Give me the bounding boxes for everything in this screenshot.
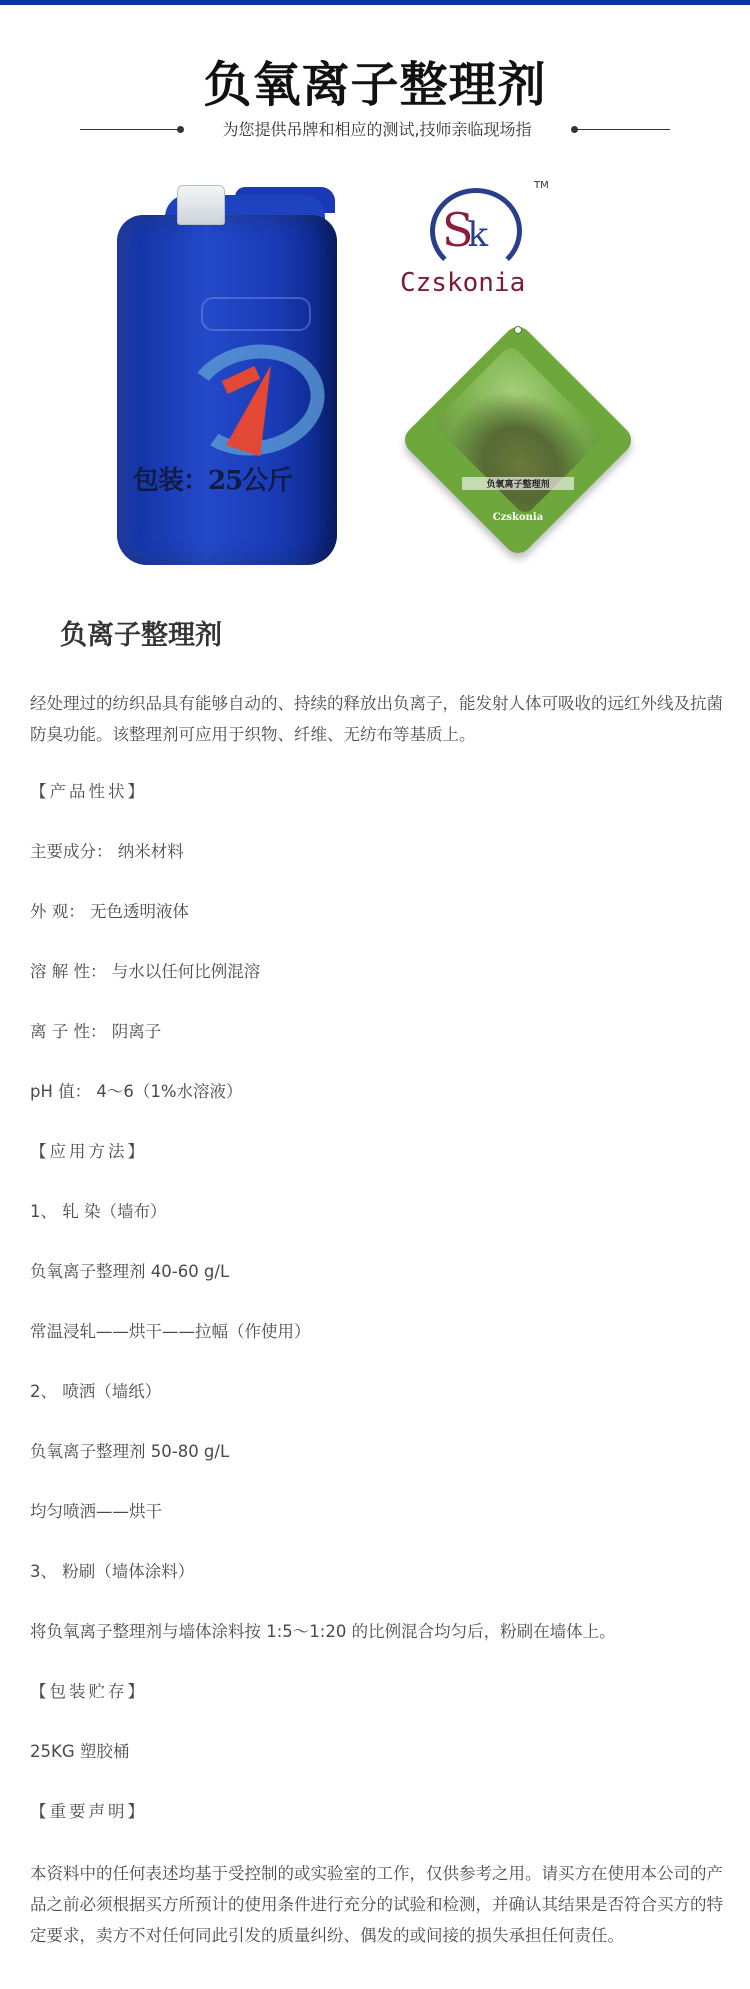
tag-hole-icon [514,326,522,334]
product-name-heading: 负离子整理剂 [60,618,222,654]
hang-tag-image: 负氧离子整理剂 Czskonia [400,322,636,558]
can-package-label: 包装：25公斤 [133,460,333,497]
can-emboss [201,297,311,331]
can-cap [177,185,225,225]
tag-caption: 负氧离子整理剂 [462,477,574,490]
application-item: 1、 轧 染（墙布） [30,1200,167,1224]
property-item: 离 子 性： 阴离子 [30,1020,161,1044]
subtitle-divider: 为您提供吊牌和相应的测试,技师亲临现场指 [80,118,670,142]
top-accent-bar [0,0,750,5]
divider-line-left [80,129,180,130]
disclaimer-heading: 【重要声明】 [30,1800,147,1824]
trademark-mark: TM [534,180,549,191]
property-item: 溶 解 性： 与水以任何比例混溶 [30,960,260,984]
application-item: 负氧离子整理剂 50-80 g/L [30,1440,229,1464]
intro-paragraph: 经处理过的纺织品具有能够自动的、持续的释放出负离子，能发射人体可吸收的远红外线及… [30,688,725,750]
disclaimer-paragraph: 本资料中的任何表述均基于受控制的或实验室的工作，仅供参考之用。请买方在使用本公司… [30,1858,725,1951]
brand-logo: Sk TM Czskonia [400,180,570,300]
logo-initials: Sk [442,200,522,265]
logo-k: k [468,215,483,255]
property-item: 主要成分： 纳米材料 [30,840,184,864]
property-item: pH 值： 4～6（1%水溶液） [30,1080,243,1104]
application-heading: 【应用方法】 [30,1140,147,1164]
tag-brand: Czskonia [468,512,568,523]
packaging-heading: 【包装贮存】 [30,1680,147,1704]
subtitle: 为您提供吊牌和相应的测试,技师亲临现场指 [192,118,562,142]
divider-dot-left-icon [177,126,184,133]
application-item: 负氧离子整理剂 40-60 g/L [30,1260,229,1284]
divider-line-right [575,129,670,130]
logo-brand-name: Czskonia [400,268,570,298]
page-title: 负氧离子整理剂 [0,55,750,115]
application-item: 常温浸轧——烘干——拉幅（作使用） [30,1320,311,1344]
logo-s: S [442,203,468,257]
application-item: 3、 粉刷（墙体涂料） [30,1560,194,1584]
application-item: 将负氧离子整理剂与墙体涂料按 1:5～1:20 的比例混合均匀后，粉刷在墙体上。 [30,1620,616,1644]
jerrycan-image: 包装：25公斤 [105,185,345,565]
product-image: 包装：25公斤 Sk TM Czskonia 负氧离子整理剂 Czskonia [60,170,700,580]
property-item: 外 观： 无色透明液体 [30,900,189,924]
properties-heading: 【产品性状】 [30,780,147,804]
application-item: 2、 喷洒（墙纸） [30,1380,161,1404]
application-item: 均匀喷洒——烘干 [30,1500,162,1524]
packaging-text: 25KG 塑胶桶 [30,1740,129,1764]
